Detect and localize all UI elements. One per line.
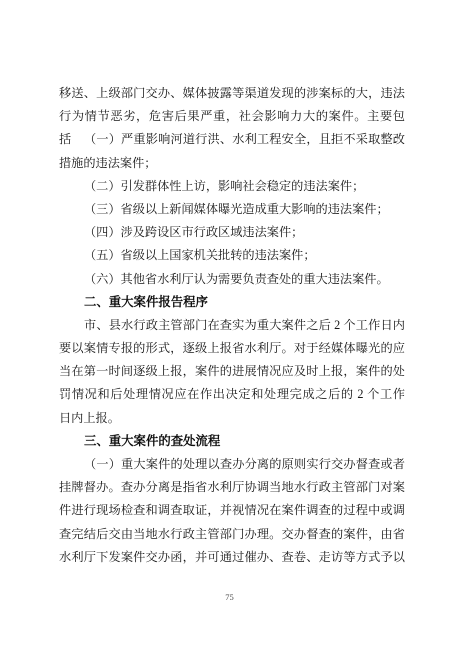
list-item-line: （二）引发群体性上访，影响社会稳定的违法案件； <box>59 175 405 198</box>
body-line: 要以案情专报的形式，逐级上报省水利厅。对于经媒体曝光的应 <box>59 337 405 360</box>
body-line: 挂牌督办。查办分离是指省水利厅协调当地水行政主管部门对案 <box>59 476 405 499</box>
body-line: 日内上报。 <box>59 407 405 430</box>
body-line: 查完结后交由当地水行政主管部门办理。交办督查的案件，由省 <box>59 523 405 546</box>
list-item-line: （五）省级以上国家机关批转的违法案件； <box>59 244 405 267</box>
section-heading: 三、重大案件的查处流程 <box>59 430 405 453</box>
body-line: （一）严重影响河道行洪、水利工程安全，且拒不采取整改 <box>59 128 405 151</box>
list-item-line: （四）涉及跨设区市行政区域违法案件； <box>59 221 405 244</box>
body-line: 措施的违法案件； <box>59 152 405 175</box>
page-number: 75 <box>0 592 459 602</box>
list-item-line: （三）省级以上新闻媒体曝光造成重大影响的违法案件； <box>59 198 405 221</box>
body-line: 件进行现场检查和调查取证，并视情况在案件调查的过程中或调 <box>59 499 405 522</box>
document-page: 移送、上级部门交办、媒体披露等渠道发现的涉案标的大，违法 行为情节恶劣，危害后果… <box>0 0 459 650</box>
document-body: 移送、上级部门交办、媒体披露等渠道发现的涉案标的大，违法 行为情节恶劣，危害后果… <box>59 82 405 569</box>
list-item-line: （六）其他省水利厅认为需要负责查处的重大违法案件。 <box>59 268 405 291</box>
body-line: 移送、上级部门交办、媒体披露等渠道发现的涉案标的大，违法 <box>59 82 405 105</box>
body-line: 罚情况和后处理情况应在作出决定和处理完成之后的 2 个工作 <box>59 383 405 406</box>
body-line: 当在第一时间逐级上报，案件的进展情况应及时上报，案件的处 <box>59 360 405 383</box>
body-line: 水利厅下发案件交办函，并可通过催办、查卷、走访等方式予以 <box>59 546 405 569</box>
section-heading: 二、重大案件报告程序 <box>59 291 405 314</box>
body-line: （一）重大案件的处理以查办分离的原则实行交办督查或者 <box>59 453 405 476</box>
body-line: 市、县水行政主管部门在查实为重大案件之后 2 个工作日内 <box>59 314 405 337</box>
body-line: 行为情节恶劣，危害后果严重，社会影响力大的案件。主要包括： <box>59 105 405 128</box>
